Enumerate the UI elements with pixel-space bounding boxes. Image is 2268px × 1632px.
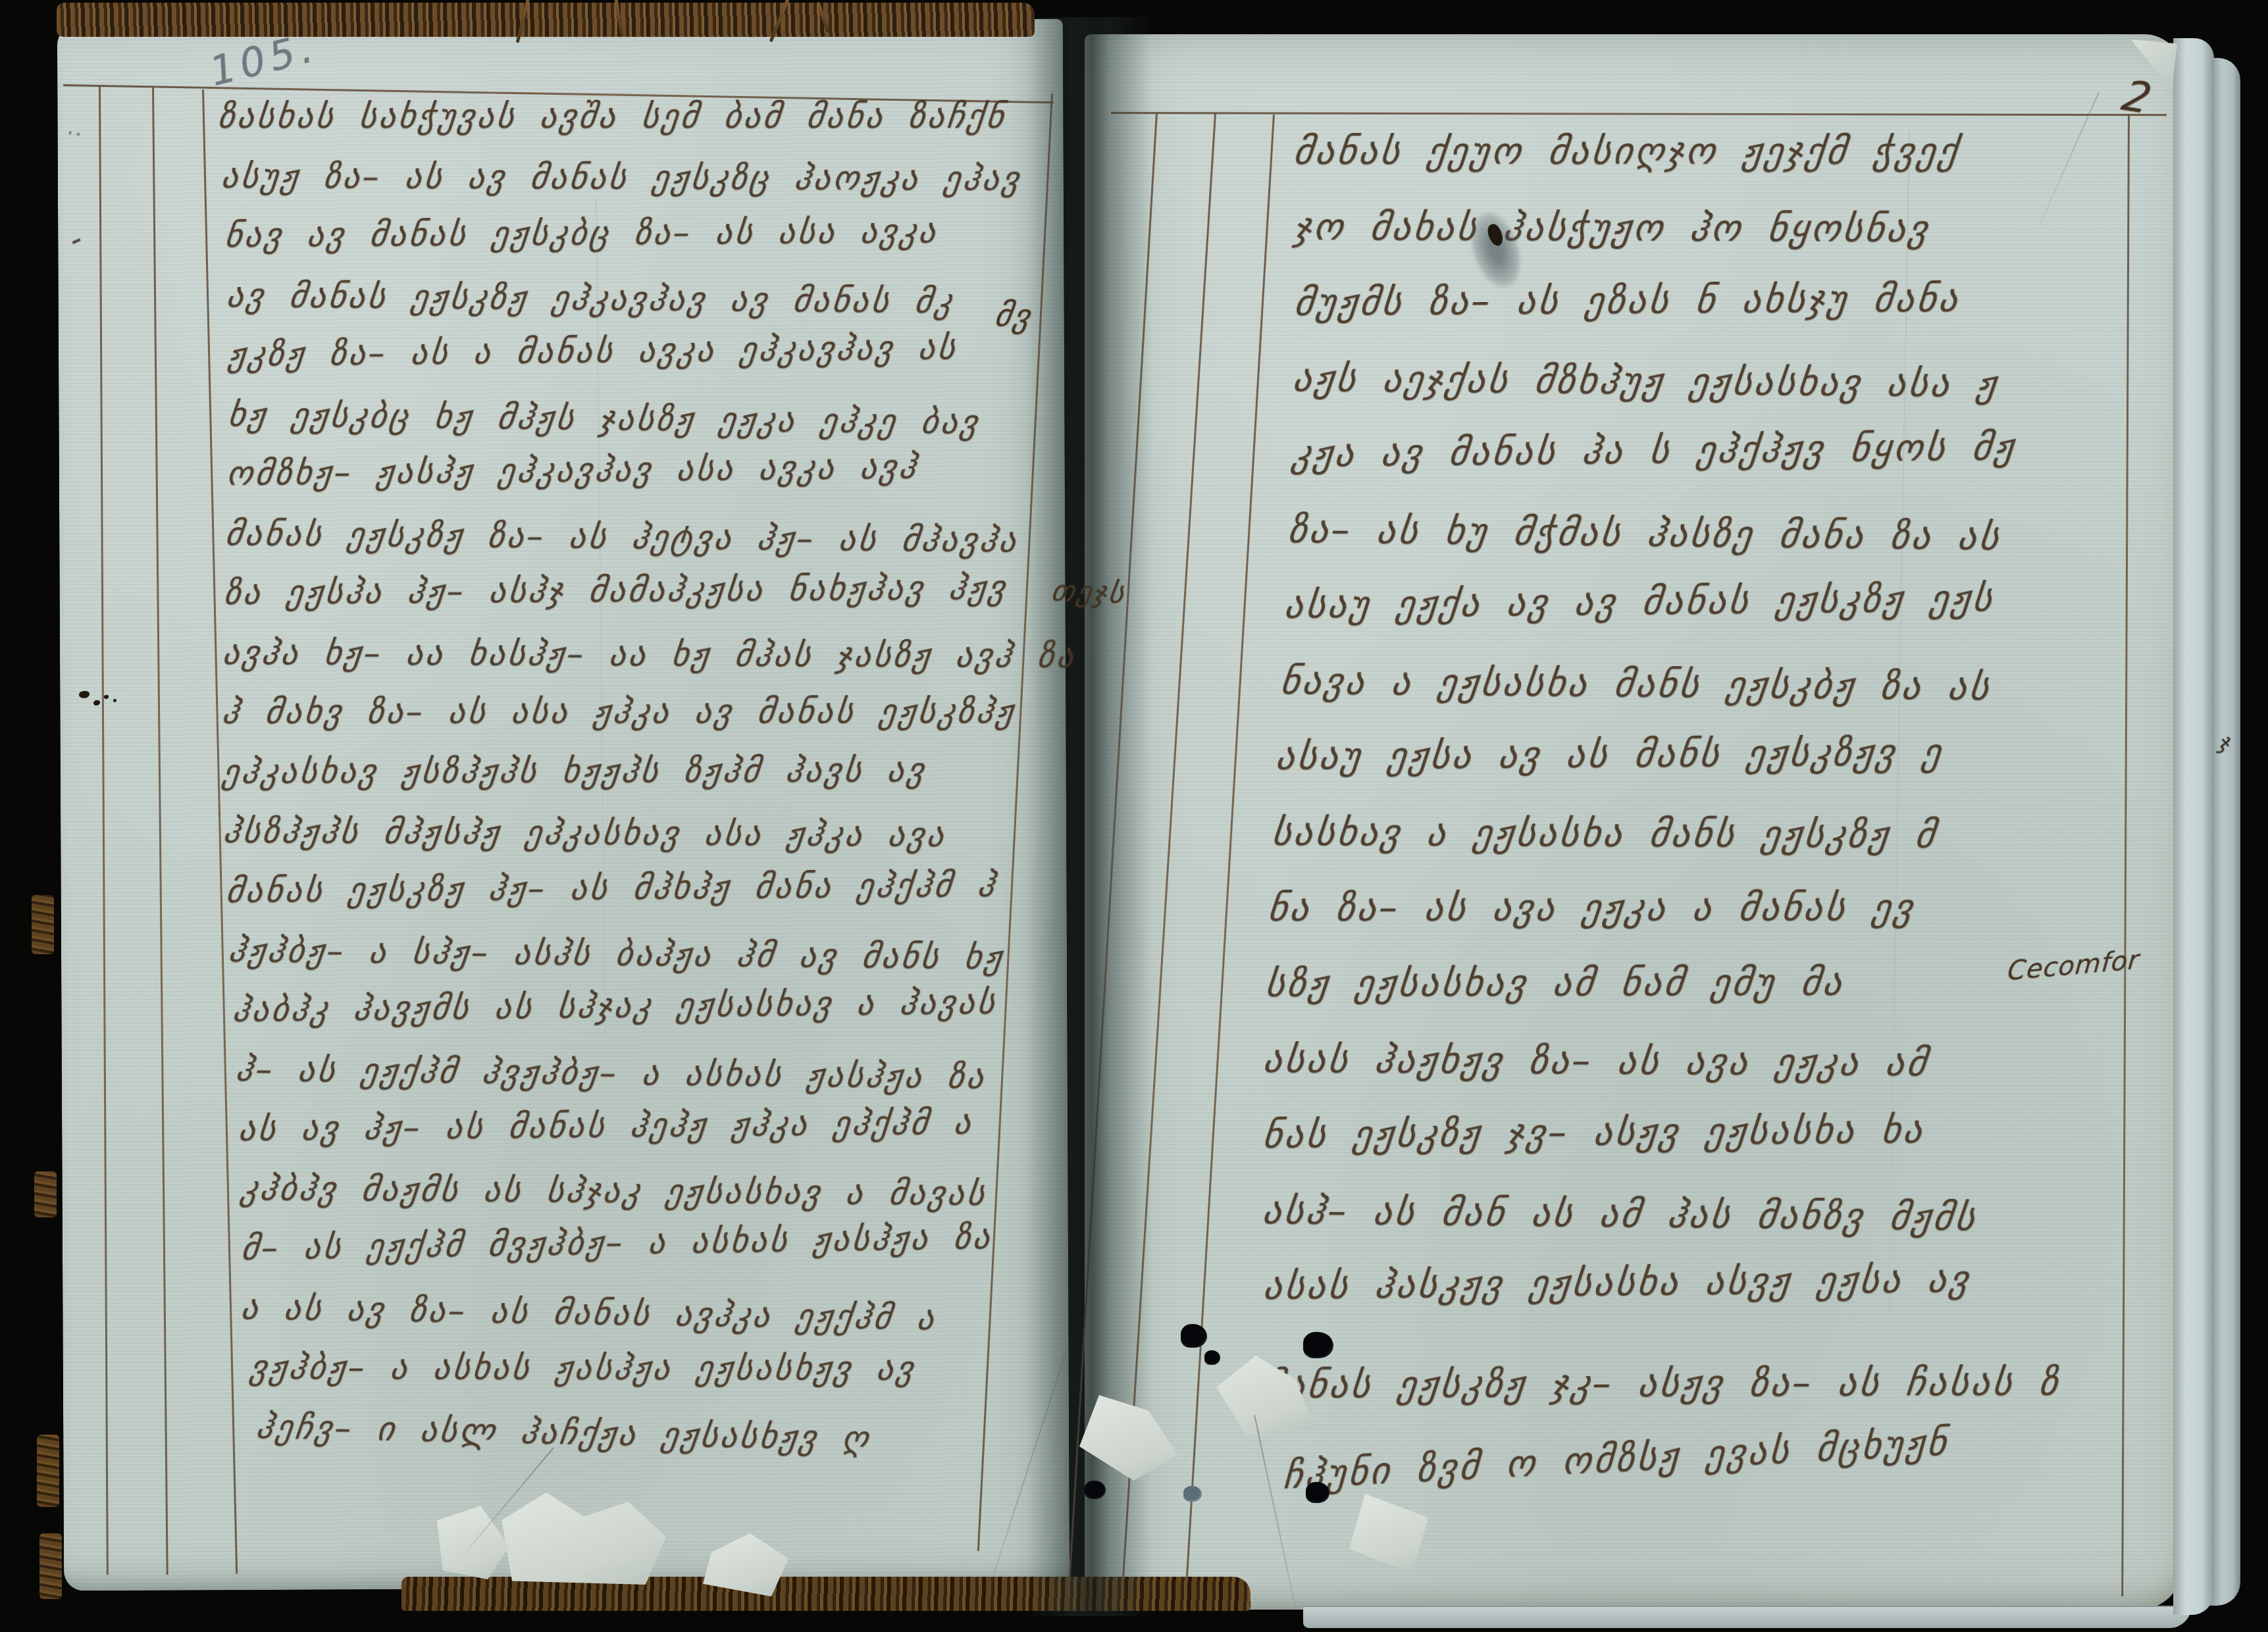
gutter-overflow-word: თეჯს [1049,574,1129,610]
wormhole [1085,1481,1106,1499]
cover-peek [34,1171,57,1217]
cover-peek [39,1533,62,1599]
wormhole [1303,1332,1333,1358]
scan-background: ზასხას სახჭუვას ავშა სემ ბამ მანა ზაჩქნა… [0,0,2268,1632]
page-edge-stack-outer [2210,58,2240,1606]
wormhole [1306,1482,1329,1503]
interlinear-inserted-word: მვ [992,297,1035,335]
page-edge-stack-bottom [1303,1606,2192,1628]
cover-cloth-top-band [57,3,1035,37]
cover-peek [32,895,54,954]
wormhole [1181,1324,1207,1348]
wormhole-filled [1183,1486,1202,1502]
left-page [57,19,1070,1591]
wormhole [1204,1350,1220,1365]
page-edge-stack-inner [2173,38,2214,1615]
cover-peek [37,1435,59,1507]
